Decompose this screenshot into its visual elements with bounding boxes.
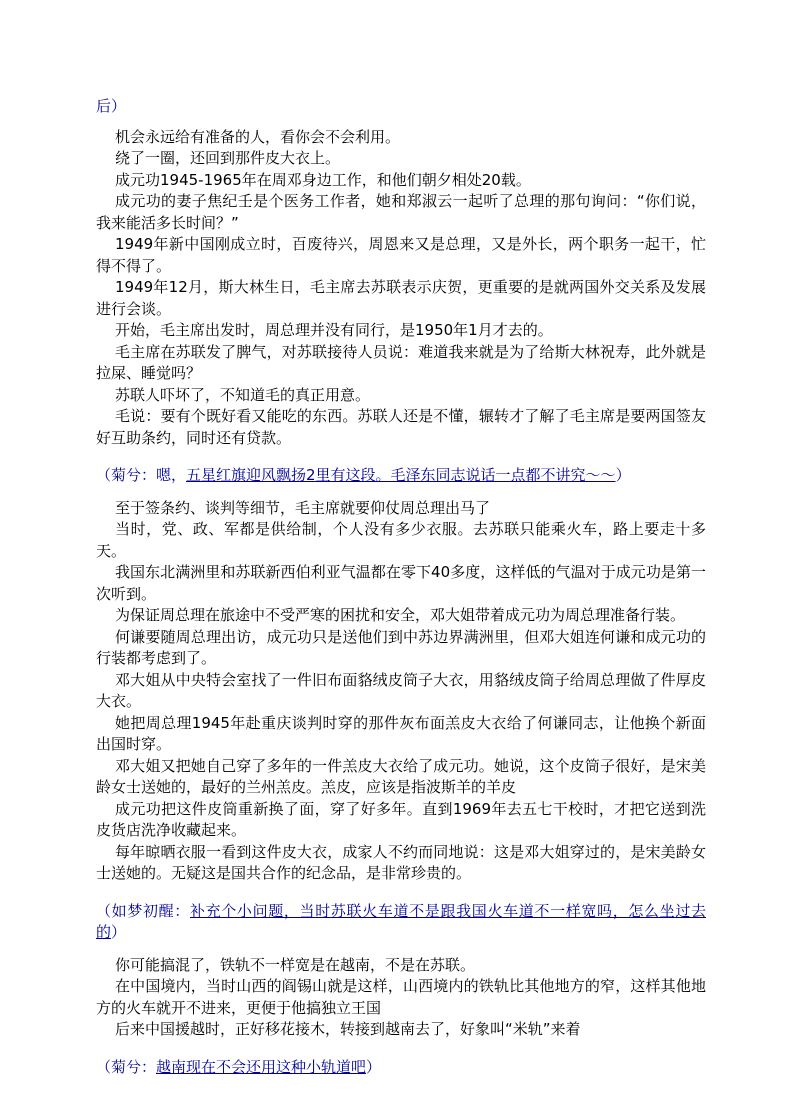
text-segment: 开始，毛主席出发时，周总理并没有同行，是1950年1月才去的。: [115, 321, 553, 339]
text-segment: ）: [616, 466, 631, 484]
text-segment: 当时，党、政、军都是供给制，个人没有多少衣服。去苏联只能乘火车，路上要走十多天。: [96, 520, 706, 560]
text-segment: 绕了一圈，还回到那件皮大衣上。: [115, 149, 340, 167]
paragraph: 她把周总理1945年赴重庆谈判时穿的那件灰布面羔皮大衣给了何谦同志，让他换个新面…: [96, 713, 706, 756]
text-segment: 1949年新中国刚成立时，百废待兴，周恩来又是总理，又是外长，两个职务一起干，忙…: [96, 235, 706, 275]
paragraph: 成元功的妻子焦纪壬是个医务工作者，她和郑淑云一起听了总理的那句询问：“你们说，我…: [96, 191, 706, 234]
text-segment: （菊兮：: [96, 1058, 156, 1076]
document-page: 后）机会永远给有准备的人，看你会不会利用。绕了一圈，还回到那件皮大衣上。成元功1…: [96, 96, 706, 1089]
comment-underlined-text: 五星红旗迎风飘扬2里有这段。毛泽东同志说话一点都不讲究～～: [186, 466, 616, 484]
reader-comment: （菊兮：越南现在不会还用这种小轨道吧）: [96, 1057, 706, 1079]
text-segment: ）: [366, 1058, 381, 1076]
paragraph: 毛主席在苏联发了脾气，对苏联接待人员说：难道我来就是为了给斯大林祝寿，此外就是拉…: [96, 342, 706, 385]
text-segment: 邓大姐从中央特会室找了一件旧布面貉绒皮筒子大衣，用貉绒皮筒子给周总理做了件厚皮大…: [96, 671, 706, 711]
reader-comment: （如梦初醒：补充个小问题，当时苏联火车道不是跟我国火车道不一样宽吗，怎么坐过去的…: [96, 901, 706, 944]
text-segment: ）: [111, 923, 126, 941]
paragraph: 我国东北满洲里和苏联新西伯利亚气温都在零下40多度，这样低的气温对于成元功是第一…: [96, 562, 706, 605]
text-segment: 每年晾晒衣服一看到这件皮大衣，成家人不约而同地说：这是邓大姐穿过的，是宋美龄女士…: [96, 843, 706, 883]
paragraph: 绕了一圈，还回到那件皮大衣上。: [96, 148, 706, 170]
text-segment: 后）: [96, 97, 126, 115]
paragraph: 在中国境内，当时山西的阎锡山就是这样，山西境内的铁轨比其他地方的窄，这样其他地方…: [96, 976, 706, 1019]
text-segment: 毛主席在苏联发了脾气，对苏联接待人员说：难道我来就是为了给斯大林祝寿，此外就是拉…: [96, 343, 706, 383]
text-segment: 在中国境内，当时山西的阎锡山就是这样，山西境内的铁轨比其他地方的窄，这样其他地方…: [96, 977, 706, 1017]
paragraph: 机会永远给有准备的人，看你会不会利用。: [96, 127, 706, 149]
text-segment: 成元功1945-1965年在周邓身边工作，和他们朝夕相处20载。: [115, 171, 531, 189]
text-segment: 至于签条约、谈判等细节，毛主席就要仰仗周总理出马了: [115, 499, 490, 517]
paragraph: 开始，毛主席出发时，周总理并没有同行，是1950年1月才去的。: [96, 320, 706, 342]
text-segment: 她把周总理1945年赴重庆谈判时穿的那件灰布面羔皮大衣给了何谦同志，让他换个新面…: [96, 714, 706, 754]
paragraph: 后来中国援越时，正好移花接木，转接到越南去了，好象叫“米轨”来着: [96, 1019, 706, 1041]
paragraph: 每年晾晒衣服一看到这件皮大衣，成家人不约而同地说：这是邓大姐穿过的，是宋美龄女士…: [96, 842, 706, 885]
text-segment: 后来中国援越时，正好移花接木，转接到越南去了，好象叫“米轨”来着: [115, 1020, 581, 1038]
text-segment: 何谦要随周总理出访，成元功只是送他们到中苏边界满洲里，但邓大姐连何谦和成元功的行…: [96, 628, 706, 668]
paragraph: 你可能搞混了，铁轨不一样宽是在越南，不是在苏联。: [96, 955, 706, 977]
reader-comment: 后）: [96, 96, 706, 118]
text-segment: （如梦初醒：: [96, 902, 190, 920]
text-segment: 邓大姐又把她自己穿了多年的一件羔皮大衣给了成元功。她说，这个皮筒子很好，是宋美龄…: [96, 757, 706, 797]
paragraph: 成元功把这件皮筒重新换了面，穿了好多年。直到1969年去五七干校时，才把它送到洗…: [96, 799, 706, 842]
text-segment: 我国东北满洲里和苏联新西伯利亚气温都在零下40多度，这样低的气温对于成元功是第一…: [96, 563, 706, 603]
paragraph: 为保证周总理在旅途中不受严寒的困扰和安全，邓大姐带着成元功为周总理准备行装。: [96, 605, 706, 627]
text-segment: 你可能搞混了，铁轨不一样宽是在越南，不是在苏联。: [115, 956, 475, 974]
text-segment: 1949年12月，斯大林生日，毛主席去苏联表示庆贺，更重要的是就两国外交关系及发…: [96, 278, 706, 318]
text-segment: 毛说：要有个既好看又能吃的东西。苏联人还是不懂，辗转才了解了毛主席是要两国签友好…: [96, 407, 706, 447]
comment-underlined-text: 越南现在不会还用这种小轨道吧: [156, 1058, 366, 1076]
paragraph: 成元功1945-1965年在周邓身边工作，和他们朝夕相处20载。: [96, 170, 706, 192]
paragraph: 当时，党、政、军都是供给制，个人没有多少衣服。去苏联只能乘火车，路上要走十多天。: [96, 519, 706, 562]
paragraph: 至于签条约、谈判等细节，毛主席就要仰仗周总理出马了: [96, 498, 706, 520]
paragraph: 邓大姐从中央特会室找了一件旧布面貉绒皮筒子大衣，用貉绒皮筒子给周总理做了件厚皮大…: [96, 670, 706, 713]
text-segment: 成元功的妻子焦纪壬是个医务工作者，她和郑淑云一起听了总理的那句询问：“你们说，我…: [96, 192, 706, 232]
text-segment: 为保证周总理在旅途中不受严寒的困扰和安全，邓大姐带着成元功为周总理准备行装。: [115, 606, 685, 624]
paragraph: 毛说：要有个既好看又能吃的东西。苏联人还是不懂，辗转才了解了毛主席是要两国签友好…: [96, 406, 706, 449]
text-segment: （菊兮：嗯，: [96, 466, 186, 484]
text-segment: 成元功把这件皮筒重新换了面，穿了好多年。直到1969年去五七干校时，才把它送到洗…: [96, 800, 706, 840]
paragraph: 1949年新中国刚成立时，百废待兴，周恩来又是总理，又是外长，两个职务一起干，忙…: [96, 234, 706, 277]
paragraph: 1949年12月，斯大林生日，毛主席去苏联表示庆贺，更重要的是就两国外交关系及发…: [96, 277, 706, 320]
text-segment: 机会永远给有准备的人，看你会不会利用。: [115, 128, 400, 146]
paragraph: 苏联人吓坏了，不知道毛的真正用意。: [96, 385, 706, 407]
paragraph: 何谦要随周总理出访，成元功只是送他们到中苏边界满洲里，但邓大姐连何谦和成元功的行…: [96, 627, 706, 670]
text-segment: 苏联人吓坏了，不知道毛的真正用意。: [115, 386, 370, 404]
paragraph: 邓大姐又把她自己穿了多年的一件羔皮大衣给了成元功。她说，这个皮筒子很好，是宋美龄…: [96, 756, 706, 799]
reader-comment: （菊兮：嗯，五星红旗迎风飘扬2里有这段。毛泽东同志说话一点都不讲究～～）: [96, 465, 706, 487]
